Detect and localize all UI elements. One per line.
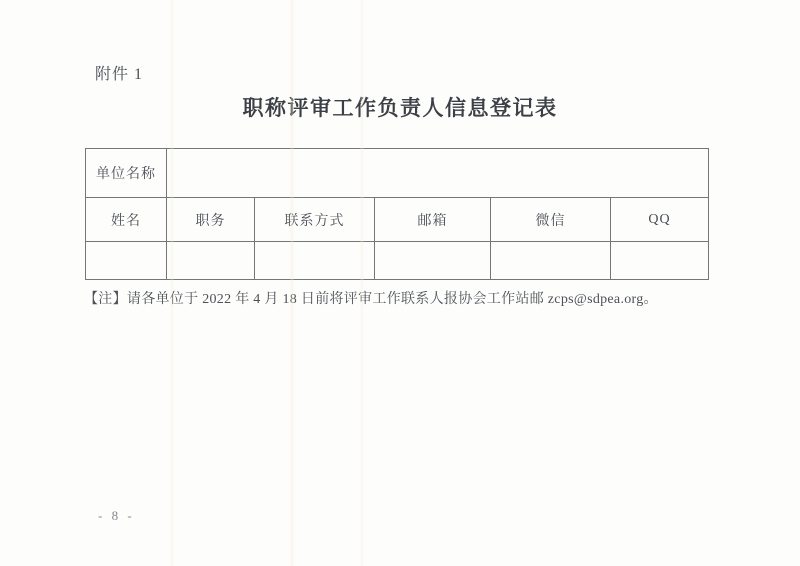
unit-name-label-cell: 单位名称 xyxy=(86,149,167,198)
attachment-label: 附件 1 xyxy=(95,61,143,84)
page-title: 职称评审工作负责人信息登记表 xyxy=(0,92,800,122)
value-cell-name xyxy=(86,242,167,280)
registration-table: 单位名称 姓名 职务 联系方式 邮箱 微信 QQ xyxy=(85,148,709,280)
header-cell-contact: 联系方式 xyxy=(255,198,375,242)
header-cell-email: 邮箱 xyxy=(375,198,491,242)
value-cell-contact xyxy=(255,242,375,280)
value-cell-email xyxy=(375,242,491,280)
footnote: 【注】请各单位于 2022 年 4 月 18 日前将评审工作联系人报协会工作站邮… xyxy=(84,290,744,310)
value-cell-qq xyxy=(611,242,709,280)
unit-name-value-cell xyxy=(167,149,709,198)
header-cell-name: 姓名 xyxy=(86,198,167,242)
header-cell-qq: QQ xyxy=(611,198,709,242)
table-row xyxy=(86,242,709,280)
scanned-document-page: 附件 1 职称评审工作负责人信息登记表 单位名称 姓名 职务 联系方式 邮箱 微… xyxy=(0,0,800,566)
table-header-row: 姓名 职务 联系方式 邮箱 微信 QQ xyxy=(86,198,709,242)
header-cell-duty: 职务 xyxy=(167,198,255,242)
header-cell-wechat: 微信 xyxy=(491,198,611,242)
value-cell-duty xyxy=(167,242,255,280)
value-cell-wechat xyxy=(491,242,611,280)
page-number: - 8 - xyxy=(98,508,135,524)
table-row-unit-name: 单位名称 xyxy=(86,149,709,198)
